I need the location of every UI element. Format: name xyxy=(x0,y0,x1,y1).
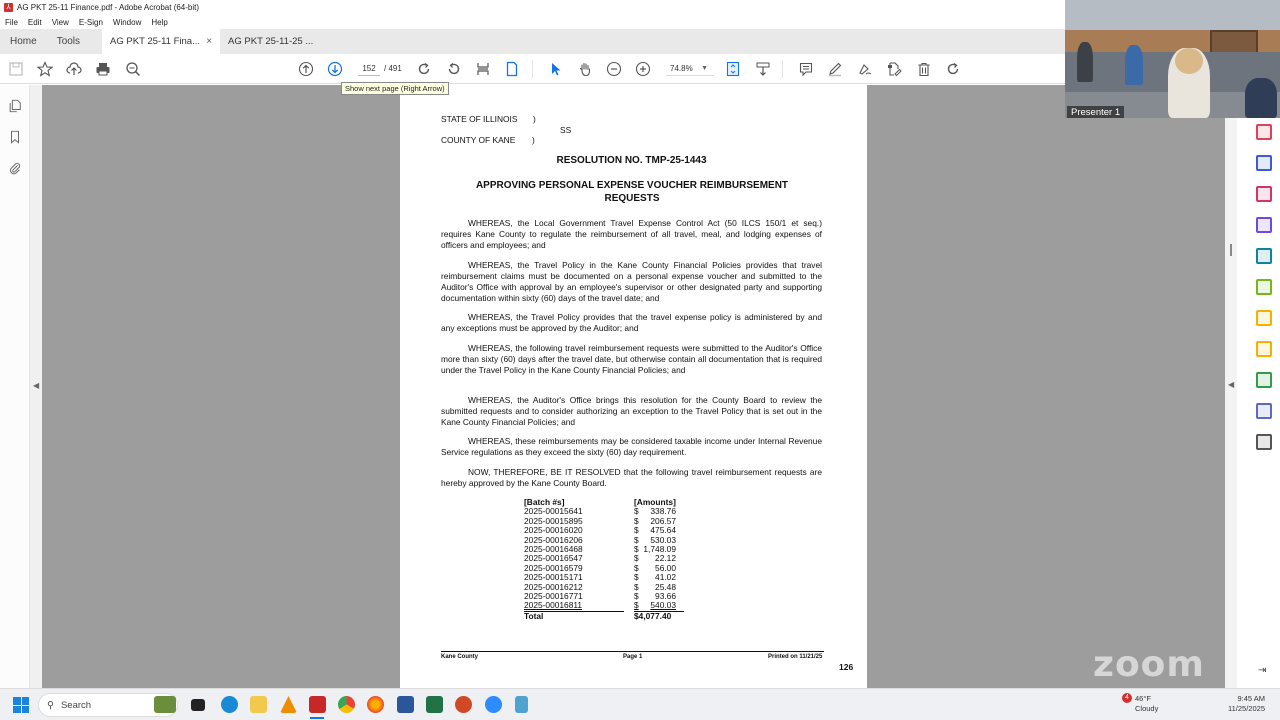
state-line: STATE OF ILLINOIS xyxy=(441,114,517,124)
start-icon[interactable] xyxy=(13,697,29,713)
total-label: Total xyxy=(524,611,624,620)
folder-icon[interactable] xyxy=(250,696,267,713)
scrollbar-thumb[interactable] xyxy=(1230,244,1232,256)
search-placeholder: Search xyxy=(61,700,91,711)
highlight-pen-icon[interactable] xyxy=(825,59,845,79)
collapse-left-arrow-icon[interactable]: ◀ xyxy=(33,381,39,390)
weather-temp: 46°F xyxy=(1135,694,1158,704)
zoom-in-icon[interactable] xyxy=(633,59,653,79)
acrobat-icon[interactable] xyxy=(309,696,326,713)
comment-icon[interactable] xyxy=(796,59,816,79)
task-view-icon[interactable] xyxy=(191,699,205,711)
ss-mark: SS xyxy=(560,125,571,135)
system-clock[interactable]: 9:45 AM 11/25/2025 xyxy=(1208,694,1265,714)
hand-tool-icon[interactable] xyxy=(575,59,595,79)
state-paren: ) xyxy=(533,114,536,124)
weather-desc: Cloudy xyxy=(1135,704,1158,714)
protect-icon[interactable] xyxy=(1256,403,1272,419)
bookmarks-icon[interactable] xyxy=(6,128,24,146)
whereas-paragraph: WHEREAS, the Auditor's Office brings thi… xyxy=(441,395,822,428)
more-tools-icon[interactable] xyxy=(1256,434,1272,450)
zoom-out-icon[interactable] xyxy=(604,59,624,79)
amount-number: 540.03 xyxy=(650,601,676,610)
footer-rule xyxy=(441,651,824,652)
tab-document-label: AG PKT 25-11-25 ... xyxy=(228,36,313,47)
tab-document-active[interactable]: AG PKT 25-11 Fina... × xyxy=(102,29,220,54)
active-app-indicator xyxy=(310,717,324,719)
undo-rotate-icon[interactable] xyxy=(943,59,963,79)
organize-pages-icon[interactable] xyxy=(1256,186,1272,202)
resolution-title: APPROVING PERSONAL EXPENSE VOUCHER REIMB… xyxy=(460,180,804,205)
clock-time: 9:45 AM xyxy=(1208,694,1265,704)
menu-window[interactable]: Window xyxy=(113,18,141,27)
exit-panel-icon[interactable]: ⇥ xyxy=(1258,665,1266,676)
whereas-paragraph: WHEREAS, the following travel reimbursem… xyxy=(441,343,822,376)
search-icon: ⚲ xyxy=(47,700,54,711)
footer-left: Kane County xyxy=(441,654,478,660)
scroll-mode-icon[interactable] xyxy=(723,59,743,79)
single-page-icon[interactable] xyxy=(502,59,522,79)
right-tools-pane xyxy=(1250,118,1280,688)
left-pane-collapse-strip[interactable]: ◀ xyxy=(30,85,42,688)
print-production-icon[interactable] xyxy=(1256,372,1272,388)
whereas-paragraph: WHEREAS, the Local Government Travel Exp… xyxy=(441,218,822,251)
toolbar: 152 / 491 74.8% ▼ xyxy=(0,54,1065,84)
page-thumbnails-icon[interactable] xyxy=(6,97,24,115)
batch-column: [Batch #s] 2025-000156412025-00015895202… xyxy=(524,498,624,620)
page-number-input[interactable]: 152 xyxy=(358,62,380,76)
packet-page-number: 126 xyxy=(839,662,853,672)
currency-symbol: $ xyxy=(634,601,639,610)
county-line: COUNTY OF KANE xyxy=(441,135,515,145)
footer-center: Page 1 xyxy=(623,654,642,660)
clock-date: 11/25/2025 xyxy=(1208,704,1265,714)
document-viewer[interactable]: STATE OF ILLINOIS ) SS COUNTY OF KANE ) … xyxy=(42,85,1225,688)
menu-edit[interactable]: Edit xyxy=(28,18,42,27)
zoom-level-dropdown[interactable]: 74.8% ▼ xyxy=(666,62,714,76)
fit-page-icon[interactable] xyxy=(473,59,493,79)
collapse-right-arrow-icon[interactable]: ◀ xyxy=(1228,380,1234,389)
left-navigation-pane xyxy=(0,85,30,688)
word-icon[interactable] xyxy=(397,696,414,713)
zoom-search-icon[interactable] xyxy=(123,59,143,79)
close-icon[interactable]: × xyxy=(206,36,212,47)
save-icon[interactable] xyxy=(6,59,26,79)
rotate-clockwise-icon[interactable] xyxy=(414,59,434,79)
amount-value: $540.03 xyxy=(634,601,676,610)
weather-widget[interactable]: 46°F Cloudy xyxy=(1135,694,1158,714)
previous-page-icon[interactable] xyxy=(296,59,316,79)
menu-help[interactable]: Help xyxy=(151,18,167,27)
zoom-level-value: 74.8% xyxy=(670,64,693,73)
next-page-icon[interactable] xyxy=(325,59,345,79)
firefox-icon[interactable] xyxy=(367,696,384,713)
combine-files-icon[interactable] xyxy=(1256,310,1272,326)
chrome-icon[interactable] xyxy=(338,696,355,713)
delete-icon[interactable] xyxy=(914,59,934,79)
toolbar-divider xyxy=(532,60,533,78)
pdf-page: STATE OF ILLINOIS ) SS COUNTY OF KANE ) … xyxy=(400,85,867,688)
create-pdf-icon[interactable] xyxy=(1256,124,1272,140)
chevron-down-icon: ▼ xyxy=(701,62,708,76)
zoom-watermark: zoom xyxy=(1093,644,1205,685)
print-icon[interactable] xyxy=(93,59,113,79)
whereas-paragraph: WHEREAS, the Travel Policy in the Kane C… xyxy=(441,260,822,304)
widgets-icon[interactable] xyxy=(154,696,176,713)
edit-text-icon[interactable] xyxy=(884,59,904,79)
amount-column: [Amounts] $338.76$206.57$475.64$530.03$1… xyxy=(634,498,684,620)
total-amount: $4,077.40 xyxy=(634,611,684,620)
tab-document-label: AG PKT 25-11 Fina... xyxy=(110,36,200,47)
acrobat-app-icon: ⅄ xyxy=(4,3,13,12)
zoom-icon[interactable] xyxy=(485,696,502,713)
resolved-paragraph: NOW, THEREFORE, BE IT RESOLVED that the … xyxy=(441,467,822,489)
compress-pdf-icon[interactable] xyxy=(1256,248,1272,264)
menu-file[interactable]: File xyxy=(5,18,18,27)
attachments-icon[interactable] xyxy=(6,159,24,177)
windows-taskbar: ⚲ Search 4 46°F Cloudy 9:45 AM 11/25/202… xyxy=(0,688,1280,720)
tab-home[interactable]: Home xyxy=(0,29,47,54)
batch-number: 2025-00016811 xyxy=(524,601,624,610)
tooltip-next-page: Show next page (Right Arrow) xyxy=(341,82,449,95)
tab-document[interactable]: AG PKT 25-11-25 ... xyxy=(220,29,338,54)
tab-tools[interactable]: Tools xyxy=(47,29,102,54)
resolution-number: RESOLUTION NO. TMP-25-1443 xyxy=(441,155,822,166)
whereas-paragraph: WHEREAS, these reimbursements may be con… xyxy=(441,436,822,458)
weather-badge: 4 xyxy=(1122,693,1132,703)
rotate-counterclockwise-icon[interactable] xyxy=(444,59,464,79)
menu-view[interactable]: View xyxy=(52,18,69,27)
zoom-video-feed: Presenter 1 xyxy=(1065,0,1280,118)
menu-bar: File Edit View E-Sign Window Help xyxy=(0,15,1065,29)
vertical-scrollbar[interactable]: ◀ xyxy=(1225,118,1237,688)
excel-icon[interactable] xyxy=(426,696,443,713)
window-title: AG PKT 25-11 Finance.pdf - Adobe Acrobat… xyxy=(17,3,199,12)
select-cursor-icon[interactable] xyxy=(546,59,566,79)
participant-name-label: Presenter 1 xyxy=(1067,106,1124,118)
menu-esign[interactable]: E-Sign xyxy=(79,18,103,27)
county-paren: ) xyxy=(532,135,535,145)
powerpoint-icon[interactable] xyxy=(455,696,472,713)
comment-tool-icon[interactable] xyxy=(1256,341,1272,357)
tab-bar: Home Tools AG PKT 25-11 Fina... × AG PKT… xyxy=(0,29,1065,54)
title-bar: ⅄ AG PKT 25-11 Finance.pdf - Adobe Acrob… xyxy=(0,0,1065,15)
upload-cloud-icon[interactable] xyxy=(64,59,84,79)
fill-sign-icon[interactable] xyxy=(1256,217,1272,233)
page-total: / 491 xyxy=(384,62,402,76)
bookmark-star-icon[interactable] xyxy=(35,59,55,79)
notepad-icon[interactable] xyxy=(515,696,528,713)
toolbar-divider xyxy=(782,60,783,78)
scan-ocr-icon[interactable] xyxy=(1256,279,1272,295)
export-pdf-icon[interactable] xyxy=(1256,155,1272,171)
sign-icon[interactable] xyxy=(855,59,875,79)
edge-icon[interactable] xyxy=(221,696,238,713)
whereas-paragraph: WHEREAS, the Travel Policy provides that… xyxy=(441,312,822,334)
vlc-icon[interactable] xyxy=(280,696,297,713)
read-mode-icon[interactable] xyxy=(753,59,773,79)
footer-right: Printed on 11/21/25 xyxy=(768,654,822,660)
